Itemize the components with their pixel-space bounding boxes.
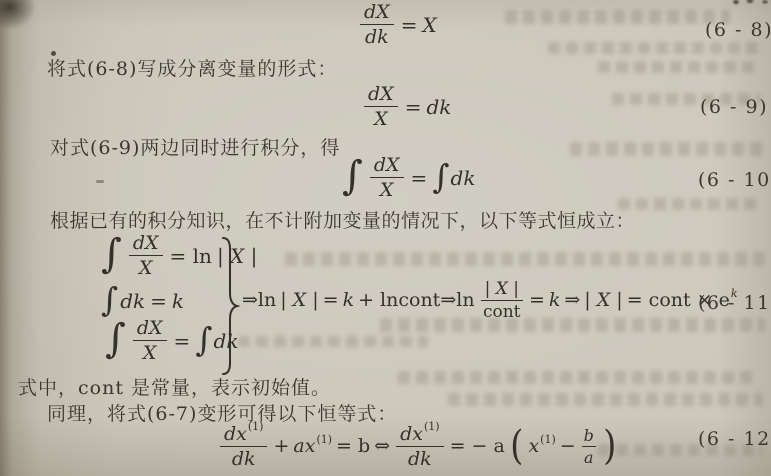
dx-term: dx <box>400 424 423 444</box>
equation-6-9: dX X = dk <box>362 84 451 129</box>
integrand: dk <box>120 289 145 313</box>
fraction: dx(1) dk <box>396 424 443 469</box>
equals-sign: = <box>174 329 191 353</box>
equation-6-11-row2: ∫ dk = k <box>101 284 184 317</box>
fraction-denominator: X <box>380 178 394 200</box>
equals-sign: = <box>150 289 167 313</box>
equation-6-12: dx(1) dk + ax (1) = b ⇔ dx(1) dk = − a (… <box>218 421 618 471</box>
implies-arrow: ⇒ <box>564 289 580 311</box>
variable-k: k <box>343 289 355 311</box>
open-paren: ( <box>510 427 523 465</box>
equals-sign: = <box>411 166 428 190</box>
close-paren: ) <box>603 427 616 465</box>
equation-rhs: dk <box>426 95 451 119</box>
abs-X: | X | <box>280 289 318 311</box>
bleedthrough-ghost <box>598 61 760 73</box>
fraction: | X | cont <box>481 280 523 321</box>
scan-speck <box>96 180 104 183</box>
equation-6-11-chain: ⇒ln | X | = k + lncont⇒ln | X | cont = k… <box>242 278 738 322</box>
fraction-numerator: dX <box>129 233 163 256</box>
fraction-denominator: X <box>139 256 153 278</box>
equation-rhs: dk <box>451 166 476 190</box>
bleedthrough-ghost <box>618 198 760 210</box>
fraction: dX X <box>133 318 167 363</box>
bleedthrough-ghost <box>448 393 763 406</box>
x-term: x <box>528 435 539 457</box>
integral-sign: ∫ <box>195 323 212 356</box>
scan-shadow-corner <box>0 0 36 30</box>
fraction-numerator: dX <box>133 318 167 341</box>
fraction-denominator: a <box>582 447 596 466</box>
superscript-1: (1) <box>424 417 440 437</box>
iff-arrow: ⇔ <box>374 435 390 457</box>
ax-term: ax <box>293 435 315 457</box>
fraction-numerator: | X | <box>481 280 523 301</box>
equals-sign: = <box>405 95 422 119</box>
minus-sign: − <box>560 435 576 457</box>
equals-sign: = <box>323 289 339 311</box>
dx-term: dx <box>224 424 247 444</box>
equation-6-8: dX dk = X <box>358 2 437 47</box>
abs-X: | X | <box>584 289 622 311</box>
fraction: dX X <box>129 233 163 278</box>
integral-sign: ∫ <box>432 160 449 193</box>
equation-label-6-11: (6 - 11) <box>698 292 771 314</box>
bleedthrough-ghost <box>398 371 758 384</box>
fraction-numerator: b <box>582 427 596 447</box>
bleedthrough-ghost <box>238 336 428 347</box>
equals-minus-a: = − a <box>450 435 505 457</box>
equation-rhs: k <box>172 289 184 313</box>
equation-label-6-8: (6 - 8) <box>705 19 771 41</box>
bleedthrough-ghost <box>285 252 765 266</box>
fraction-numerator: dX <box>360 2 394 25</box>
fraction: b a <box>582 427 596 466</box>
fraction-numerator: dX <box>370 155 404 178</box>
equals-sign: = <box>401 13 418 37</box>
plus-lncont-implies-ln: + lncont⇒ln <box>358 289 474 311</box>
fraction-numerator: dx(1) <box>396 424 443 447</box>
fraction-denominator: X <box>143 341 157 363</box>
fraction-denominator: dk <box>232 447 256 469</box>
fraction-denominator: X <box>374 107 388 129</box>
integral-sign: ∫ <box>101 234 122 274</box>
scan-edge-marks <box>729 0 771 9</box>
fraction: dX dk <box>360 2 394 47</box>
implies-ln: ⇒ln <box>242 289 276 311</box>
bleedthrough-ghost <box>505 10 730 24</box>
plus-sign: + <box>273 435 289 457</box>
fraction-denominator: dk <box>365 25 389 47</box>
equation-label-6-12: (6 - 12) <box>698 428 771 450</box>
fraction-numerator: dX <box>364 84 398 107</box>
superscript-1: (1) <box>540 433 556 446</box>
fraction-denominator: dk <box>408 447 432 469</box>
paragraph-cont-is-constant: 式中，cont 是常量，表示初始值。 <box>18 373 331 400</box>
equals-ln: = ln <box>170 244 212 268</box>
equals-sign: = <box>529 289 545 311</box>
fraction: dX X <box>370 155 404 200</box>
right-brace-icon <box>218 236 242 376</box>
textbook-page: dX dk = X (6 - 8) 将式(6-8)写成分离变量的形式： dX X… <box>0 0 771 476</box>
equation-6-10: ∫ dX X = ∫ dk <box>342 155 475 200</box>
integral-sign: ∫ <box>342 156 363 196</box>
paragraph-known-integrals: 根据已有的积分知识，在不计附加变量的情况下，以下等式恒成立： <box>50 206 635 233</box>
integral-sign: ∫ <box>101 283 118 316</box>
variable-k: k <box>549 289 561 311</box>
equals-b: = b <box>336 435 370 457</box>
paragraph-separate-variables: 将式(6-8)写成分离变量的形式： <box>47 54 337 81</box>
superscript-1: (1) <box>316 433 332 446</box>
paragraph-integrate-both-sides: 对式(6-9)两边同时进行积分，得 <box>50 133 340 160</box>
fraction-denominator: cont <box>483 301 521 321</box>
fraction-numerator: dx(1) <box>220 424 267 447</box>
superscript-1: (1) <box>248 417 264 437</box>
equation-label-6-9: (6 - 9) <box>700 96 768 118</box>
equation-rhs: X <box>422 13 436 37</box>
fraction: dX X <box>364 84 398 129</box>
equation-label-6-10: (6 - 10) <box>698 169 771 191</box>
bleedthrough-ghost <box>548 42 758 54</box>
bleedthrough-ghost <box>570 142 765 156</box>
fraction: dx(1) dk <box>220 424 267 469</box>
integral-sign: ∫ <box>105 319 126 359</box>
